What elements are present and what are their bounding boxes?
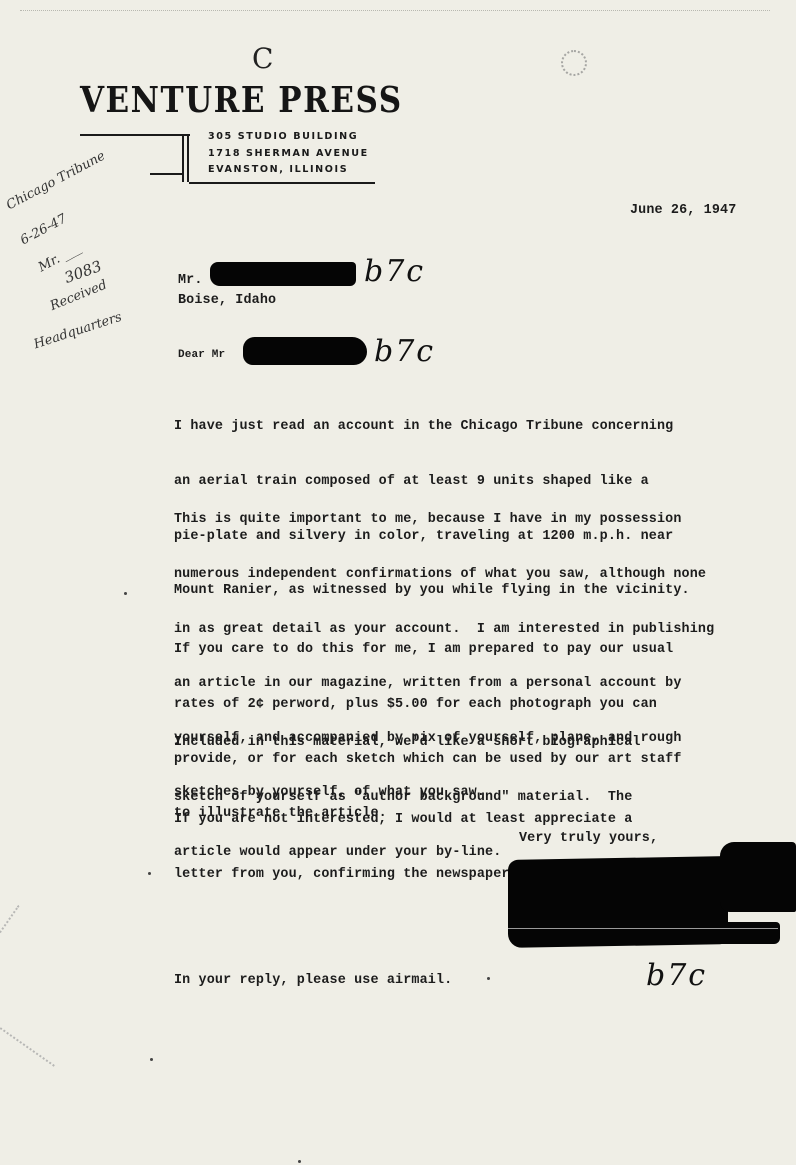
letterhead-rule-vertical-2 — [187, 134, 189, 182]
address-line-2: 1718 SHERMAN AVENUE — [208, 148, 369, 159]
recipient-city: Boise, Idaho — [178, 292, 276, 310]
closing: Very truly yours, — [519, 830, 658, 848]
recipient-prefix: Mr. — [178, 272, 203, 290]
letterhead-rule-short — [150, 173, 182, 175]
redaction-code-b7c: b7c — [364, 254, 425, 289]
margin-note: Headquarters — [32, 310, 124, 353]
address-line-3: EVANSTON, ILLINOIS — [208, 164, 348, 175]
speck — [298, 1160, 301, 1163]
greeting: Dear Mr — [178, 346, 225, 364]
text-line: numerous independent confirmations of wh… — [174, 566, 714, 584]
faded-received-stamp — [0, 905, 118, 1067]
signature-redaction — [508, 856, 728, 948]
redaction-code-b7c: b7c — [646, 958, 707, 993]
text-line: If you care to do this for me, I am prep… — [174, 641, 682, 659]
speck — [148, 872, 151, 875]
speck — [124, 592, 127, 595]
letterhead-rule-left — [80, 134, 190, 136]
speck — [150, 1058, 153, 1061]
scan-line — [508, 928, 778, 929]
letterhead-rule-bottom — [189, 182, 375, 184]
faint-stamp-mark — [561, 50, 587, 76]
text-line: I have just read an account in the Chica… — [174, 418, 690, 436]
letterhead-emblem: C — [252, 42, 273, 75]
text-line: Included in this material, we'd like a s… — [174, 734, 641, 752]
speck — [487, 977, 490, 980]
margin-note: Chicago Tribune — [4, 149, 108, 214]
signature-redaction-extension — [720, 842, 796, 912]
margin-note: 6-26-47 — [18, 211, 69, 248]
company-name: VENTURE PRESS — [80, 80, 403, 121]
letter-date: June 26, 1947 — [630, 202, 736, 220]
recipient-name-redaction — [210, 262, 356, 286]
letterhead-rule-vertical-1 — [182, 134, 184, 182]
signature-redaction-tail — [720, 922, 780, 944]
redaction-code-b7c: b7c — [374, 334, 435, 369]
postscript: In your reply, please use airmail. — [174, 972, 452, 990]
scan-noise — [20, 10, 770, 15]
text-line: If you are not interested, I would at le… — [174, 811, 632, 829]
greeting-name-redaction — [243, 337, 367, 365]
text-line: This is quite important to me, because I… — [174, 511, 714, 529]
address-line-1: 305 STUDIO BUILDING — [208, 131, 358, 142]
